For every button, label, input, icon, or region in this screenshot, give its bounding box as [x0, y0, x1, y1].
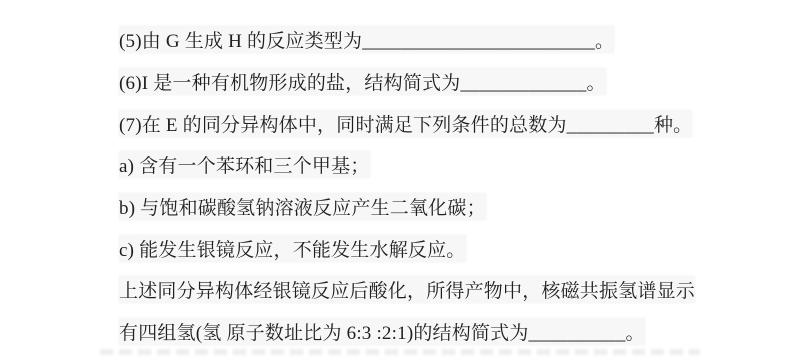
cropped-next-line-artifact	[100, 349, 700, 355]
question-item-6: (6)I 是一种有机物形成的盐，结构简式为_____________。	[119, 61, 754, 103]
question-text-block: (5)由 G 生成 H 的反应类型为______________________…	[119, 19, 754, 353]
paragraph-line-1: 上述同分异构体经银镜反应后酸化，所得产物中，核磁共振氢谱显示	[119, 269, 754, 311]
condition-item-c-text: c) 能发生银镜反应，不能发生水解反应。	[119, 235, 466, 262]
condition-item-a: a) 含有一个苯环和三个甲基；	[119, 144, 754, 186]
condition-item-a-text: a) 含有一个苯环和三个甲基；	[119, 151, 370, 178]
question-item-6-text: (6)I 是一种有机物形成的盐，结构简式为_____________。	[119, 68, 606, 95]
question-item-5: (5)由 G 生成 H 的反应类型为______________________…	[119, 19, 754, 61]
condition-item-b-text: b) 与饱和碳酸氢钠溶液反应产生二氧化碳；	[119, 193, 486, 220]
paragraph-line-2-text: 有四组氢(氢 原子数址比为 6:3 :2:1)的结构简式为__________。	[119, 318, 645, 345]
question-item-7-text: (7)在 E 的同分异构体中，同时满足下列条件的总数为_________种。	[119, 110, 692, 137]
question-item-5-text: (5)由 G 生成 H 的反应类型为______________________…	[119, 26, 614, 53]
paragraph-line-1-text: 上述同分异构体经银镜反应后酸化，所得产物中，核磁共振氢谱显示	[119, 276, 695, 303]
question-item-7: (7)在 E 的同分异构体中，同时满足下列条件的总数为_________种。	[119, 102, 754, 144]
paragraph-line-2: 有四组氢(氢 原子数址比为 6:3 :2:1)的结构简式为__________。	[119, 311, 754, 353]
condition-item-b: b) 与饱和碳酸氢钠溶液反应产生二氧化碳；	[119, 186, 754, 228]
document-page: (5)由 G 生成 H 的反应类型为______________________…	[0, 0, 794, 364]
condition-item-c: c) 能发生银镜反应，不能发生水解反应。	[119, 227, 754, 269]
